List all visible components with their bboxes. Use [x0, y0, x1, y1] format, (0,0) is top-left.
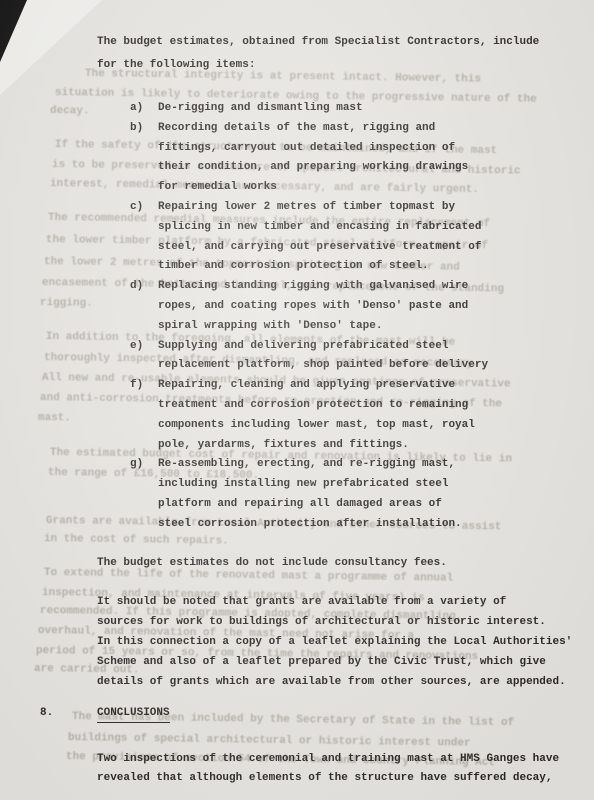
- list-item-label: g): [130, 455, 158, 475]
- list-item-lines: Re-assembling, erecting, and re-rigging …: [158, 455, 462, 534]
- document-page: The structural integrity is at present i…: [0, 0, 594, 800]
- list-item-label: b): [130, 119, 158, 139]
- list-item-label: d): [130, 277, 158, 297]
- list-item-lines: Repairing lower 2 metres of timber topma…: [158, 198, 481, 277]
- list-item-label: e): [130, 337, 158, 357]
- list-item: b)Recording details of the mast, rigging…: [97, 119, 589, 198]
- list-item-label: c): [130, 198, 158, 218]
- list-item-lines: Repairing, cleaning and applying preserv…: [158, 376, 475, 455]
- list-item: a)De-rigging and dismantling mast: [97, 99, 589, 119]
- list-item-lines: Supplying and delivering prefabricated s…: [158, 337, 488, 377]
- ghost-line: decay.: [50, 105, 90, 118]
- consultancy-note: The budget estimates do not include cons…: [97, 553, 589, 573]
- list-item-label: f): [130, 376, 158, 396]
- ghost-line: mast.: [38, 412, 71, 424]
- list-item-lines: Recording details of the mast, rigging a…: [158, 119, 468, 198]
- ghost-line: rigging.: [40, 297, 93, 310]
- intro-paragraph: The budget estimates, obtained from Spec…: [97, 31, 589, 77]
- list-item-label: a): [130, 99, 158, 119]
- items-list: a)De-rigging and dismantling mastb)Recor…: [97, 99, 589, 535]
- list-item: c)Repairing lower 2 metres of timber top…: [97, 198, 589, 277]
- conclusions-heading-row: 8. CONCLUSIONS: [97, 706, 589, 723]
- list-item: g)Re-assembling, erecting, and re-riggin…: [97, 455, 589, 534]
- list-item: f)Repairing, cleaning and applying prese…: [97, 376, 589, 455]
- grants-paragraph: It should be noted that grants are avail…: [97, 592, 589, 692]
- list-item-lines: De-rigging and dismantling mast: [158, 99, 363, 119]
- conclusion-paragraph: Two inspections of the ceremonial and tr…: [97, 750, 589, 788]
- list-item-lines: Replacing standing rigging with galvanis…: [158, 277, 468, 336]
- list-item: e)Supplying and delivering prefabricated…: [97, 337, 589, 377]
- section-heading: CONCLUSIONS: [97, 706, 170, 723]
- list-item: d)Replacing standing rigging with galvan…: [97, 277, 589, 336]
- typed-content: The budget estimates, obtained from Spec…: [97, 31, 589, 788]
- section-number: 8.: [40, 706, 53, 721]
